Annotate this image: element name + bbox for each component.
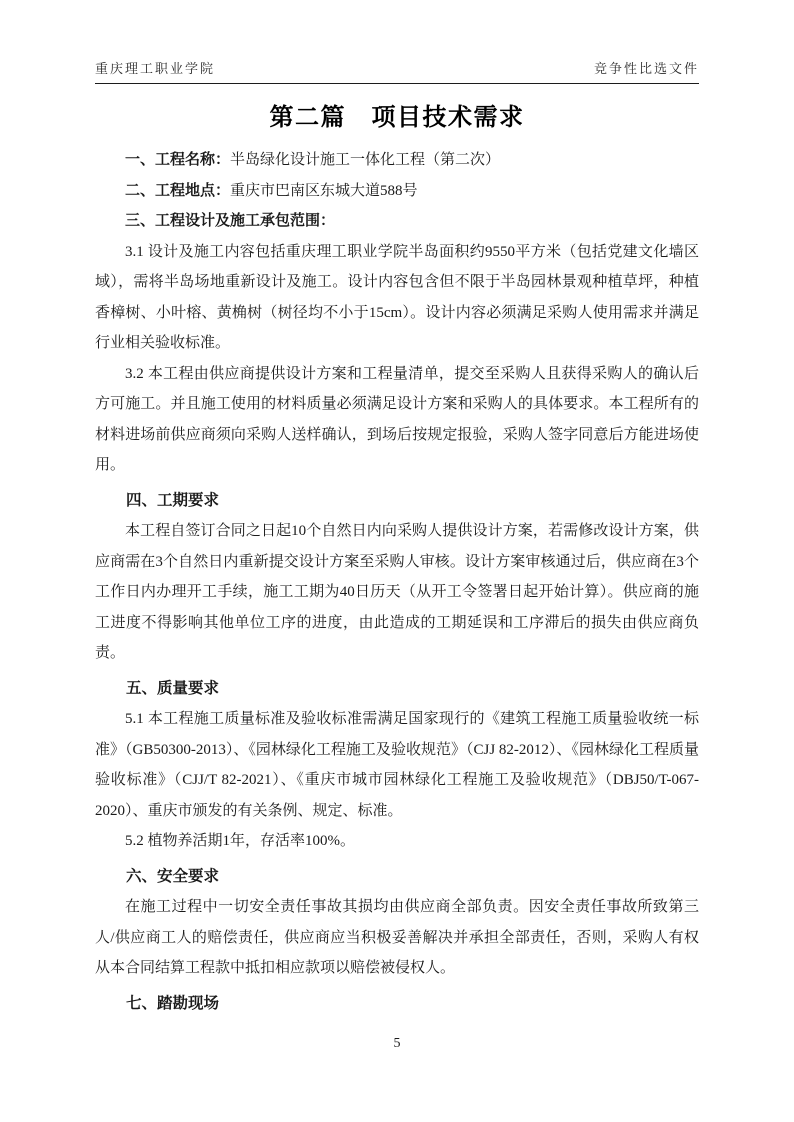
item-project-location-label: 二、工程地点： [125,183,230,199]
paragraph-5-1: 5.1 本工程施工质量标准及验收标准需满足国家现行的《建筑工程施工质量验收统一标… [95,704,699,826]
document-body: 一、工程名称：半岛绿化设计施工一体化工程（第二次） 二、工程地点：重庆市巴南区东… [95,145,699,1019]
page-footer: 5 [0,1036,794,1052]
page-number: 5 [394,1036,401,1051]
section-heading-7: 七、踏勘现场 [95,989,699,1020]
item-project-name: 一、工程名称：半岛绿化设计施工一体化工程（第二次） [95,145,699,176]
paragraph-3-2: 3.2 本工程由供应商提供设计方案和工程量清单，提交至采购人且获得采购人的确认后… [95,359,699,481]
header-right-text: 竞争性比选文件 [594,58,699,77]
section-heading-4: 四、工期要求 [95,486,699,517]
page-header: 重庆理工职业学院 竞争性比选文件 [95,58,699,84]
header-left-text: 重庆理工职业学院 [95,58,215,77]
paragraph-6: 在施工过程中一切安全责任事故其损均由供应商全部负责。因安全责任事故所致第三人/供… [95,892,699,984]
item-project-name-label: 一、工程名称： [125,152,230,168]
document-title: 第二篇 项目技术需求 [95,97,699,132]
document-page: 重庆理工职业学院 竞争性比选文件 第二篇 项目技术需求 一、工程名称：半岛绿化设… [0,0,794,1122]
item-project-location: 二、工程地点：重庆市巴南区东城大道588号 [95,176,699,207]
item-project-name-value: 半岛绿化设计施工一体化工程（第二次） [230,152,500,168]
section-heading-6: 六、安全要求 [95,862,699,893]
item-project-location-value: 重庆市巴南区东城大道588号 [230,183,418,199]
paragraph-5-2: 5.2 植物养活期1年，存活率100%。 [95,826,699,857]
item-scope-heading: 三、工程设计及施工承包范围： [95,206,699,237]
paragraph-3-1: 3.1 设计及施工内容包括重庆理工职业学院半岛面积约9550平方米（包括党建文化… [95,237,699,359]
item-scope-heading-label: 三、工程设计及施工承包范围： [125,213,335,229]
paragraph-4: 本工程自签订合同之日起10个自然日内向采购人提供设计方案，若需修改设计方案，供应… [95,516,699,669]
section-heading-5: 五、质量要求 [95,674,699,705]
